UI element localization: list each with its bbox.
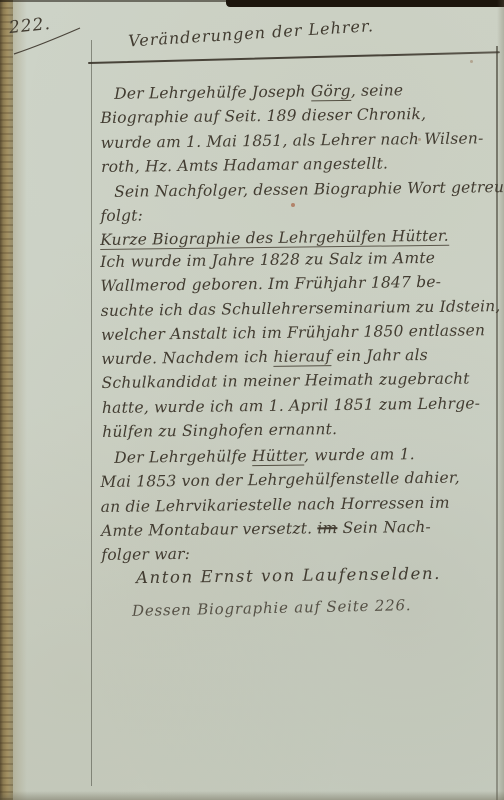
margin-rule-line bbox=[91, 40, 92, 786]
paragraph-goerg: Der Lehrgehülfe Joseph Görg, seine Biogr… bbox=[100, 77, 501, 179]
manuscript-line: folger war: bbox=[101, 538, 501, 567]
manuscript-line: roth, Hz. Amts Hadamar angestellt. bbox=[101, 150, 501, 179]
foxing-spot bbox=[470, 60, 473, 63]
underlined-word: hierauf bbox=[273, 347, 331, 367]
text-segment: Der Lehrgehülfe bbox=[114, 447, 252, 467]
book-binding-edge bbox=[0, 0, 13, 800]
underlined-word: Hütter bbox=[252, 447, 304, 467]
manuscript-line: welcher Anstalt ich im Frühjahr 1850 ent… bbox=[101, 318, 501, 347]
manuscript-line: an die Lehrvikariestelle nach Horressen … bbox=[101, 490, 501, 519]
paragraph-biography: Ich wurde im Jahre 1828 zu Salz im Amte … bbox=[100, 245, 502, 444]
scan-top-dark-strip bbox=[226, 0, 504, 7]
successor-name: Anton Ernst von Laufenselden. bbox=[136, 564, 441, 587]
header-ink-rule bbox=[88, 51, 500, 64]
text-segment: , seine bbox=[351, 81, 404, 100]
text-segment: Amte Montabaur versetzt. bbox=[101, 519, 318, 540]
text-segment: ein Jahr als bbox=[331, 346, 428, 365]
reference-note: Dessen Biographie auf Seite 226. bbox=[132, 596, 412, 620]
text-segment: Der Lehrgehülfe Joseph bbox=[114, 82, 311, 102]
binding-shadow bbox=[13, 0, 27, 800]
paragraph-successor-note: Sein Nachfolger, dessen Biographie Wort … bbox=[100, 175, 501, 228]
underlined-word: Görg bbox=[311, 82, 351, 101]
manuscript-line: wurde am 1. Mai 1851, als Lehrer nach Wi… bbox=[101, 126, 501, 155]
manuscript-line: hatte, wurde ich am 1. April 1851 zum Le… bbox=[102, 391, 502, 420]
page-bottom-shadow bbox=[0, 791, 504, 800]
text-segment: , wurde am 1. bbox=[304, 445, 415, 464]
manuscript-scan-page: 222. Veränderungen der Lehrer. Der Lehrg… bbox=[0, 0, 504, 800]
page-title: Veränderungen der Lehrer. bbox=[128, 16, 369, 50]
page-number-flourish-icon bbox=[12, 26, 82, 56]
struck-word: im bbox=[317, 519, 337, 537]
paragraph-huetter-transfer: Der Lehrgehülfe Hütter, wurde am 1. Mai … bbox=[100, 441, 501, 567]
manuscript-line: hülfen zu Singhofen ernannt. bbox=[102, 415, 502, 444]
text-segment: Sein Nach- bbox=[337, 518, 431, 537]
text-segment: wurde. Nachdem ich bbox=[101, 348, 273, 368]
